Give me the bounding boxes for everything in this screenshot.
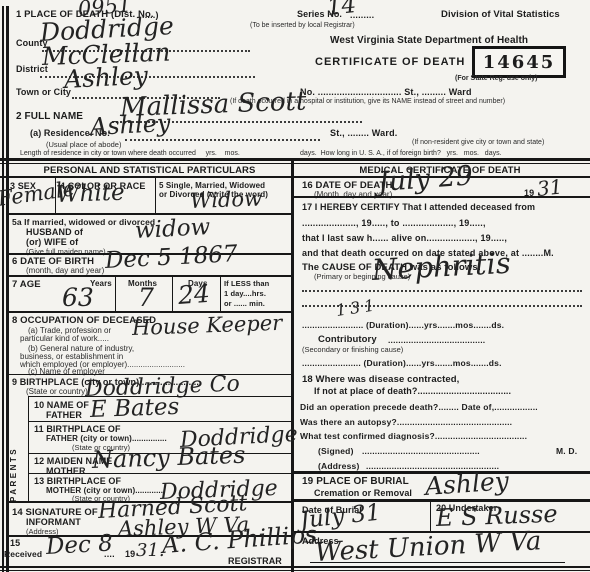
header-underline bbox=[0, 176, 590, 178]
operation-line: Did an operation precede death?........ … bbox=[300, 402, 538, 412]
mother-name-label-2: MOTHER bbox=[46, 466, 86, 476]
place-of-burial-value: Ashley bbox=[424, 466, 510, 501]
town-or-city-label: Town or City bbox=[16, 87, 71, 97]
father-birthplace-label-2: FATHER (city or town)............... bbox=[46, 434, 167, 443]
mother-birthplace-label-1: 13 BIRTHPLACE OF bbox=[34, 476, 121, 486]
age-less-than-line3: or ...... min. bbox=[224, 299, 265, 308]
department-title: West Virginia State Department of Health bbox=[330, 35, 528, 46]
certify-line-3: that I last saw h...... alive on........… bbox=[302, 233, 507, 243]
disease-contracted-label-1: 18 Where was disease contracted, bbox=[302, 374, 459, 385]
certificate-title: CERTIFICATE OF DEATH bbox=[315, 56, 465, 68]
row5-bottom-rule bbox=[8, 213, 291, 215]
age-col-divider-1 bbox=[115, 277, 116, 312]
parents-strip-divider bbox=[28, 396, 29, 503]
age-less-than-line1: If LESS than bbox=[224, 279, 269, 288]
contributory-note: (Secondary or finishing cause) bbox=[302, 345, 403, 354]
cause-code-value: 131 bbox=[335, 295, 380, 320]
section-top-rule bbox=[0, 158, 590, 161]
state-reg-note: (For State Reg. use only) bbox=[455, 75, 537, 82]
age-months-value: 7 bbox=[138, 283, 154, 312]
registrar-label: REGISTRAR bbox=[228, 556, 282, 566]
father-name-value: E Bates bbox=[90, 394, 180, 423]
age-label: 7 AGE bbox=[12, 279, 41, 290]
division-title: Division of Vital Statistics bbox=[441, 9, 560, 20]
row12-bottom-rule bbox=[28, 473, 291, 474]
abode-note: (Usual place of abode) bbox=[46, 140, 121, 149]
bottom-rule-2 bbox=[0, 570, 590, 571]
age-col-divider-3 bbox=[220, 277, 221, 312]
signed-md-label: M. D. bbox=[556, 446, 577, 456]
series-number-dots: ......... bbox=[350, 10, 374, 20]
received-dots: .... bbox=[104, 549, 115, 559]
cause-dotted-line-1 bbox=[302, 290, 582, 292]
full-name-label: 2 FULL NAME bbox=[16, 111, 83, 122]
occupation-value: House Keeper bbox=[132, 311, 283, 340]
certificate-number-box: 14645 bbox=[472, 46, 566, 78]
autopsy-line: Was there an autopsy?...................… bbox=[300, 417, 512, 427]
marital-value: Widow bbox=[190, 186, 263, 212]
received-year-value: 31. bbox=[136, 540, 165, 561]
birthplace-note: (State or country) bbox=[26, 387, 88, 396]
length-residence-left: Length of residence in city or town wher… bbox=[20, 150, 240, 157]
registrar-insert-note: (To be inserted by local Registrar) bbox=[250, 22, 355, 29]
wife-of-label: (or) WIFE of bbox=[26, 237, 78, 247]
cause-of-death-value: Nephritis bbox=[371, 246, 511, 287]
cremation-removal-label: Cremation or Removal bbox=[314, 488, 412, 498]
parents-label: PARENTS bbox=[9, 402, 18, 502]
signed-dots: ........................................… bbox=[362, 446, 480, 456]
test-line: What test confirmed diagnosis?..........… bbox=[300, 431, 527, 441]
mother-name-value: Nancy Bates bbox=[92, 441, 246, 474]
length-residence-right: days. How long in U. S. A., if of foreig… bbox=[300, 150, 502, 157]
received-number-label: 15 bbox=[10, 538, 20, 548]
informant-label-2: INFORMANT bbox=[26, 517, 81, 527]
town-or-city-value: Ashley bbox=[63, 61, 148, 94]
nonresident-note: (If non-resident give city or town and s… bbox=[412, 139, 544, 146]
husband-of-label: HUSBAND of bbox=[26, 227, 83, 237]
date-of-birth-note: (month, day and year) bbox=[26, 266, 104, 275]
row10-bottom-rule bbox=[28, 421, 291, 422]
row16-bottom-rule bbox=[294, 196, 590, 198]
age-years-value: 63 bbox=[62, 283, 94, 312]
contributory-label: Contributory bbox=[318, 334, 377, 345]
husband-value: widow bbox=[134, 214, 211, 244]
md-address-label: (Address) bbox=[318, 461, 359, 471]
father-name-label-1: 10 NAME OF bbox=[34, 400, 89, 410]
date-of-death-value: July 29 bbox=[377, 160, 474, 198]
place-of-burial-label: 19 PLACE OF BURIAL bbox=[302, 476, 409, 487]
age-col-divider-2 bbox=[172, 277, 173, 312]
certificate-number: 14645 bbox=[483, 52, 556, 73]
age-days-value: 24 bbox=[177, 279, 211, 310]
residence-value: Ashley bbox=[89, 109, 171, 141]
personal-section-title: PERSONAL AND STATISTICAL PARTICULARS bbox=[8, 165, 291, 176]
row6-bottom-rule bbox=[8, 275, 291, 277]
residence-street-ward: St., ........ Ward. bbox=[330, 128, 397, 138]
certify-line-2: ...................., 19....., to ......… bbox=[302, 218, 486, 228]
street-ward-line: No. ............................... St.,… bbox=[300, 87, 472, 97]
race-marital-divider bbox=[155, 178, 156, 214]
duration-line-1: ........................ (Duration).....… bbox=[302, 320, 504, 330]
certify-line-1: 17 I HEREBY CERTIFY That I attended dece… bbox=[302, 202, 535, 212]
undertaker-address-underline bbox=[310, 562, 565, 563]
father-name-label-2: FATHER bbox=[46, 410, 82, 420]
age-less-than-line2: 1 day....hrs. bbox=[224, 289, 266, 298]
burial-undertaker-divider bbox=[430, 499, 431, 532]
duration-line-2: ....................... (Duration)......… bbox=[302, 358, 502, 368]
race-value: White bbox=[56, 180, 126, 208]
occupation-a-label-2: particular kind of work..... bbox=[20, 334, 109, 343]
center-divider bbox=[291, 158, 294, 572]
section-top-rule-2 bbox=[0, 163, 590, 164]
bottom-rule-1 bbox=[0, 566, 590, 568]
received-label: Received bbox=[4, 549, 42, 559]
disease-contracted-label-2: If not at place of death?...............… bbox=[314, 386, 511, 396]
residence-dotted-line bbox=[125, 139, 320, 141]
left-outer-border bbox=[2, 6, 4, 572]
received-year-printed: 19 bbox=[125, 549, 135, 559]
death-certificate-document: 1 PLACE OF DEATH (Dist. No. 0951 .....) … bbox=[0, 0, 590, 572]
date-of-birth-value: Dec 5 1867 bbox=[104, 241, 238, 274]
signed-label: (Signed) bbox=[318, 446, 354, 456]
father-birthplace-label-1: 11 BIRTHPLACE OF bbox=[34, 424, 121, 434]
contributory-dots: ...................................... bbox=[388, 335, 485, 345]
